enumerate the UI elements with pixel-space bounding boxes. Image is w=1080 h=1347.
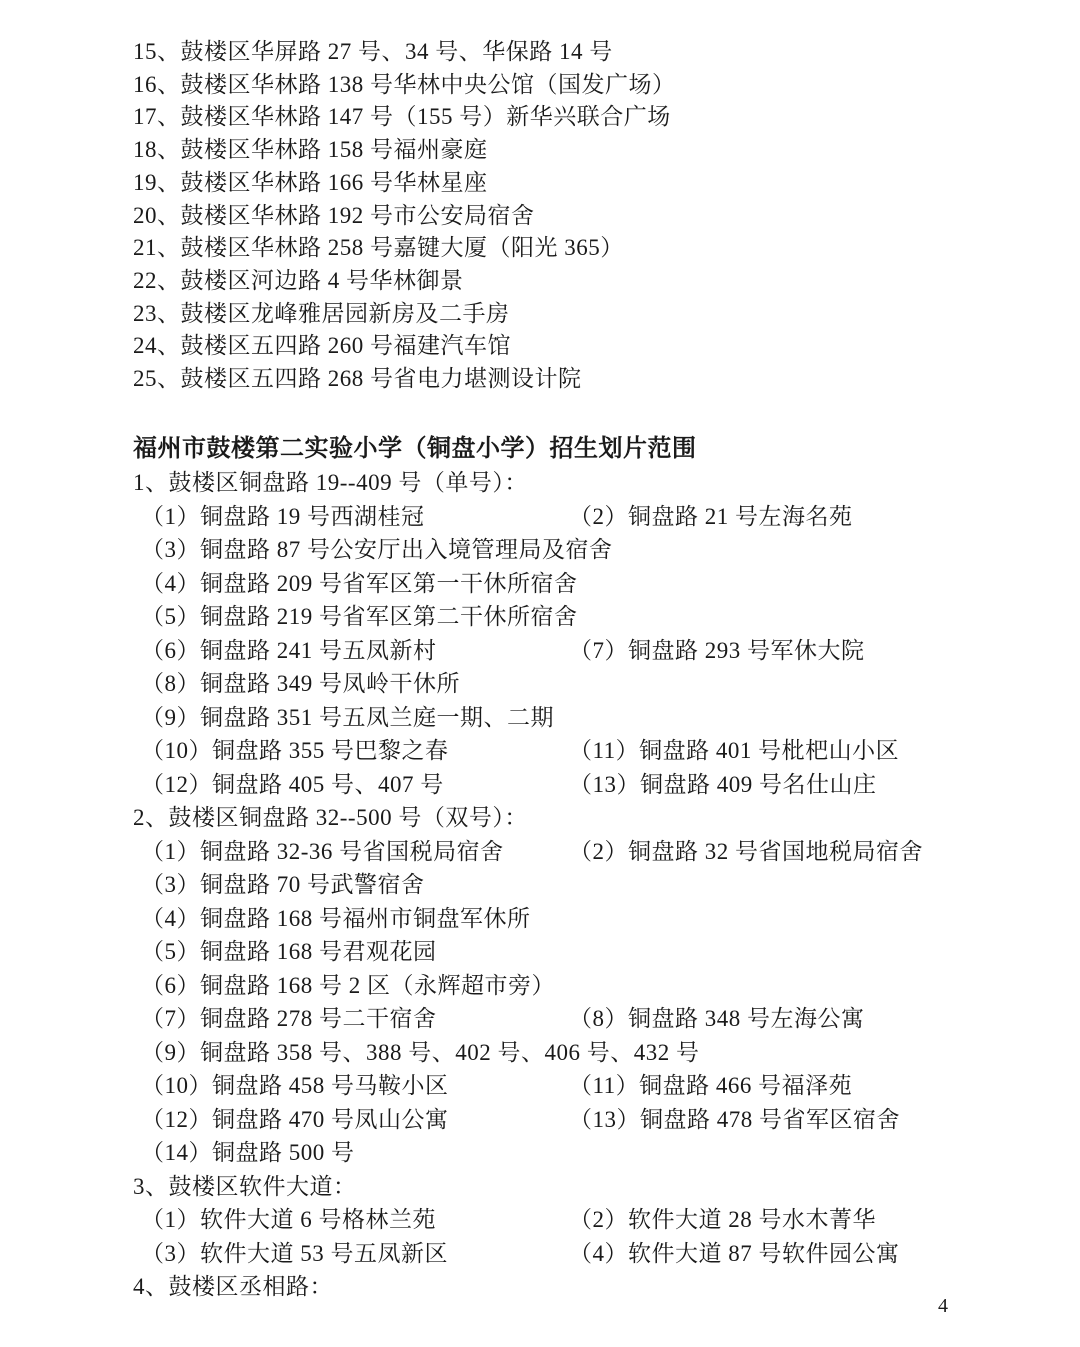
address-right: （8）铜盘路 348 号左海公寓 (569, 1006, 865, 1031)
street-group-line: 4、鼓楼区丞相路： (0, 1270, 1080, 1304)
top-address-list: 15、鼓楼区华屏路 27 号、34 号、华保路 14 号16、鼓楼区华林路 13… (0, 0, 1080, 396)
address-left: （6）铜盘路 241 号五凤新村 (141, 634, 569, 668)
address-left: （10）铜盘路 355 号巴黎之春 (141, 734, 569, 768)
address-left: （12）铜盘路 470 号凤山公寓 (141, 1103, 569, 1137)
address-line-pair: （3）软件大道 53 号五凤新区（4）软件大道 87 号软件园公寓 (0, 1237, 1080, 1271)
address-right: （13）铜盘路 478 号省军区宿舍 (569, 1107, 900, 1132)
address-line: （6）铜盘路 168 号 2 区（永辉超市旁） (0, 969, 1080, 1003)
address-line: （4）铜盘路 168 号福州市铜盘军休所 (0, 902, 1080, 936)
document-page: 15、鼓楼区华屏路 27 号、34 号、华保路 14 号16、鼓楼区华林路 13… (0, 0, 1080, 1347)
section-heading: 福州市鼓楼第二实验小学（铜盘小学）招生划片范围 (133, 433, 1080, 467)
address-right: （7）铜盘路 293 号军休大院 (569, 638, 865, 663)
address-line: 20、鼓楼区华林路 192 号市公安局宿舍 (0, 200, 1080, 233)
street-group-line: 1、鼓楼区铜盘路 19--409 号（单号）： (0, 466, 1080, 500)
address-line-pair: （7）铜盘路 278 号二干宿舍（8）铜盘路 348 号左海公寓 (0, 1002, 1080, 1036)
section-body: 1、鼓楼区铜盘路 19--409 号（单号）：（1）铜盘路 19 号西湖桂冠（2… (0, 466, 1080, 1304)
street-group-line: 3、鼓楼区软件大道： (0, 1170, 1080, 1204)
address-line-pair: （12）铜盘路 470 号凤山公寓（13）铜盘路 478 号省军区宿舍 (0, 1103, 1080, 1137)
address-line: 21、鼓楼区华林路 258 号嘉键大厦（阳光 365） (0, 232, 1080, 265)
address-line: 18、鼓楼区华林路 158 号福州豪庭 (0, 134, 1080, 167)
address-line: 22、鼓楼区河边路 4 号华林御景 (0, 265, 1080, 298)
address-line: （5）铜盘路 168 号君观花园 (0, 935, 1080, 969)
address-line: （3）铜盘路 70 号武警宿舍 (0, 868, 1080, 902)
address-line: 16、鼓楼区华林路 138 号华林中央公馆（国发广场） (0, 69, 1080, 102)
address-right: （11）铜盘路 466 号福泽苑 (569, 1073, 852, 1098)
address-right: （11）铜盘路 401 号枇杷山小区 (569, 738, 899, 763)
address-left: （7）铜盘路 278 号二干宿舍 (141, 1002, 569, 1036)
address-line: （5）铜盘路 219 号省军区第二干休所宿舍 (0, 600, 1080, 634)
address-line: （9）铜盘路 351 号五凤兰庭一期、二期 (0, 701, 1080, 735)
address-line-pair: （1）铜盘路 19 号西湖桂冠（2）铜盘路 21 号左海名苑 (0, 500, 1080, 534)
address-left: （12）铜盘路 405 号、407 号 (141, 768, 569, 802)
address-line: （9）铜盘路 358 号、388 号、402 号、406 号、432 号 (0, 1036, 1080, 1070)
address-right: （13）铜盘路 409 号名仕山庄 (569, 772, 877, 797)
address-line: 19、鼓楼区华林路 166 号华林星座 (0, 167, 1080, 200)
address-right: （4）软件大道 87 号软件园公寓 (569, 1241, 900, 1266)
address-line: （14）铜盘路 500 号 (0, 1136, 1080, 1170)
address-line: （4）铜盘路 209 号省军区第一干休所宿舍 (0, 567, 1080, 601)
page-number: 4 (938, 1294, 948, 1318)
address-left: （1）铜盘路 19 号西湖桂冠 (141, 500, 569, 534)
address-right: （2）软件大道 28 号水木菁华 (569, 1207, 876, 1232)
address-line-pair: （1）软件大道 6 号格林兰苑（2）软件大道 28 号水木菁华 (0, 1203, 1080, 1237)
address-line: （8）铜盘路 349 号凤岭干休所 (0, 667, 1080, 701)
address-left: （1）软件大道 6 号格林兰苑 (141, 1203, 569, 1237)
address-line-pair: （10）铜盘路 355 号巴黎之春（11）铜盘路 401 号枇杷山小区 (0, 734, 1080, 768)
address-left: （1）铜盘路 32-36 号省国税局宿舍 (141, 835, 569, 869)
address-line: 25、鼓楼区五四路 268 号省电力堪测设计院 (0, 363, 1080, 396)
address-line: 15、鼓楼区华屏路 27 号、34 号、华保路 14 号 (0, 36, 1080, 69)
address-line: 24、鼓楼区五四路 260 号福建汽车馆 (0, 330, 1080, 363)
address-line-pair: （6）铜盘路 241 号五凤新村（7）铜盘路 293 号军休大院 (0, 634, 1080, 668)
address-line-pair: （10）铜盘路 458 号马鞍小区（11）铜盘路 466 号福泽苑 (0, 1069, 1080, 1103)
address-right: （2）铜盘路 21 号左海名苑 (569, 504, 853, 529)
address-line: 23、鼓楼区龙峰雅居园新房及二手房 (0, 298, 1080, 331)
address-line: （3）铜盘路 87 号公安厅出入境管理局及宿舍 (0, 533, 1080, 567)
address-line-pair: （12）铜盘路 405 号、407 号（13）铜盘路 409 号名仕山庄 (0, 768, 1080, 802)
address-line-pair: （1）铜盘路 32-36 号省国税局宿舍（2）铜盘路 32 号省国地税局宿舍 (0, 835, 1080, 869)
address-left: （10）铜盘路 458 号马鞍小区 (141, 1069, 569, 1103)
address-left: （3）软件大道 53 号五凤新区 (141, 1237, 569, 1271)
address-line: 17、鼓楼区华林路 147 号（155 号）新华兴联合广场 (0, 101, 1080, 134)
address-right: （2）铜盘路 32 号省国地税局宿舍 (569, 839, 923, 864)
street-group-line: 2、鼓楼区铜盘路 32--500 号（双号）： (0, 801, 1080, 835)
